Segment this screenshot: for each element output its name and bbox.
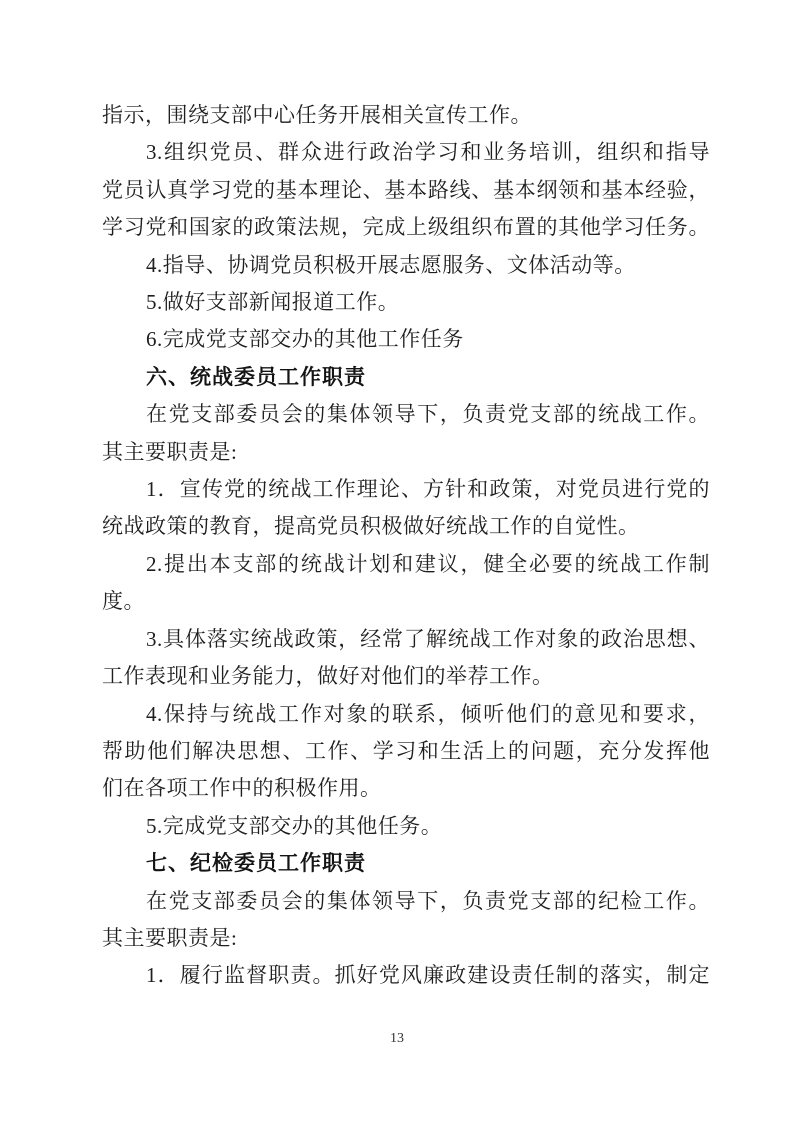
- text-line: 度。: [102, 583, 710, 620]
- text-line: 帮助他们解决思想、工作、学习和生活上的问题，充分发挥他: [102, 733, 710, 770]
- section-heading: 六、统战委员工作职责: [102, 359, 710, 396]
- text-line: 工作表现和业务能力，做好对他们的举荐工作。: [102, 658, 710, 695]
- text-line: 学习党和国家的政策法规，完成上级组织布置的其他学习任务。: [102, 209, 710, 246]
- text-line: 指示，围绕支部中心任务开展相关宣传工作。: [102, 97, 710, 134]
- text-line: 们在各项工作中的积极作用。: [102, 770, 710, 807]
- text-line: 党员认真学习党的基本理论、基本路线、基本纲领和基本经验，: [102, 172, 710, 209]
- text-line: 其主要职责是:: [102, 920, 710, 957]
- text-line: 4.保持与统战工作对象的联系，倾听他们的意见和要求，: [102, 696, 710, 733]
- text-line: 2.提出本支部的统战计划和建议，健全必要的统战工作制: [102, 546, 710, 583]
- document-body: 指示，围绕支部中心任务开展相关宣传工作。3.组织党员、群众进行政治学习和业务培训…: [102, 97, 710, 995]
- text-line: 在党支部委员会的集体领导下，负责党支部的统战工作。: [102, 396, 710, 433]
- text-line: 统战政策的教育，提高党员积极做好统战工作的自觉性。: [102, 508, 710, 545]
- text-line: 4.指导、协调党员积极开展志愿服务、文体活动等。: [102, 247, 710, 284]
- text-line: 5.完成党支部交办的其他任务。: [102, 808, 710, 845]
- text-line: 1．履行监督职责。抓好党风廉政建设责任制的落实，制定: [102, 957, 710, 994]
- text-line: 3.组织党员、群众进行政治学习和业务培训，组织和指导: [102, 134, 710, 171]
- text-line: 1．宣传党的统战工作理论、方针和政策，对党员进行党的: [102, 471, 710, 508]
- document-page: 指示，围绕支部中心任务开展相关宣传工作。3.组织党员、群众进行政治学习和业务培训…: [0, 0, 794, 1123]
- text-line: 在党支部委员会的集体领导下，负责党支部的纪检工作。: [102, 883, 710, 920]
- text-line: 3.具体落实统战政策，经常了解统战工作对象的政治思想、: [102, 621, 710, 658]
- page-number: 13: [0, 1030, 794, 1048]
- text-line: 5.做好支部新闻报道工作。: [102, 284, 710, 321]
- section-heading: 七、纪检委员工作职责: [102, 845, 710, 882]
- text-line: 6.完成党支部交办的其他工作任务: [102, 321, 710, 358]
- text-line: 其主要职责是:: [102, 434, 710, 471]
